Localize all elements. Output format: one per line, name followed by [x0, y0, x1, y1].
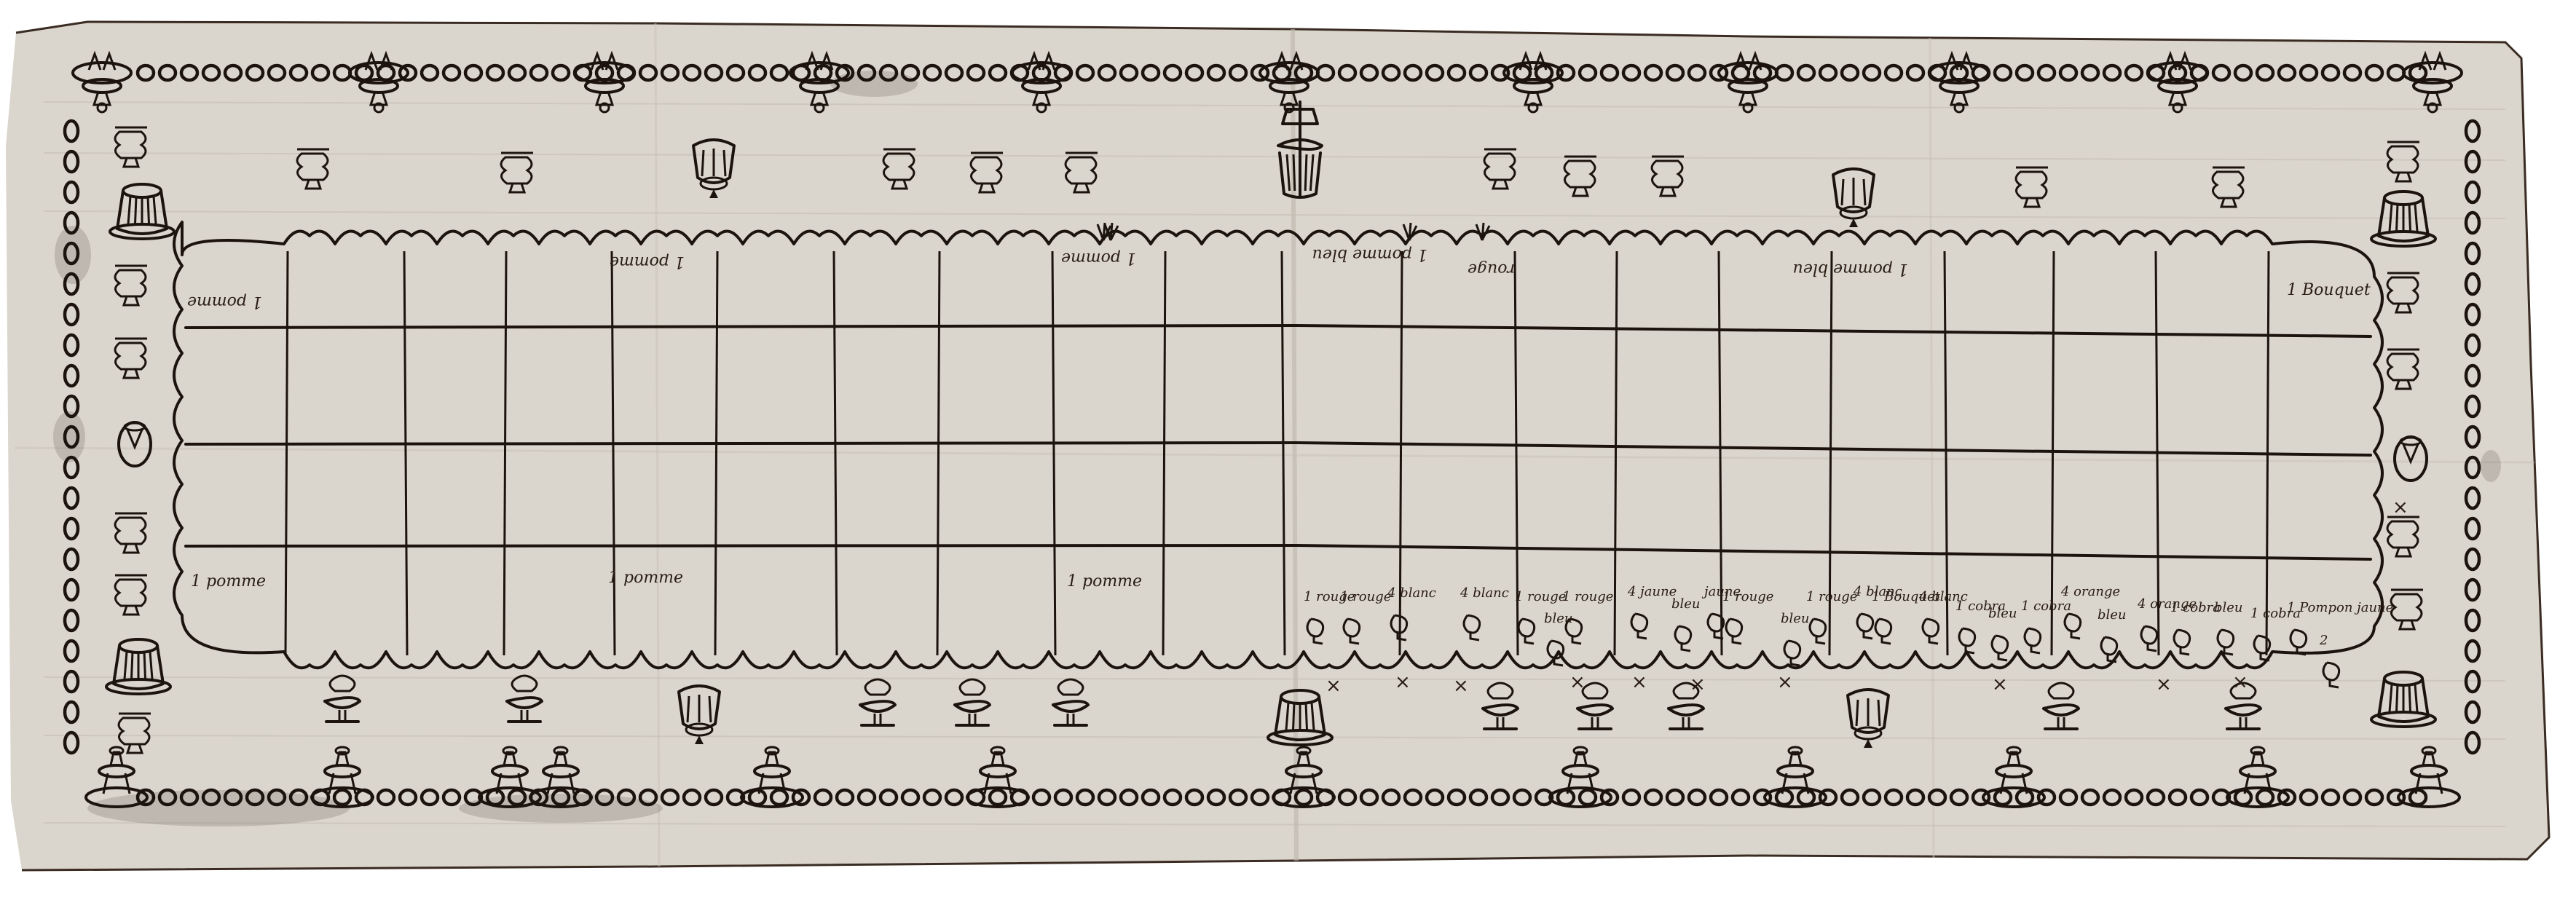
- dessert-note: 1 rouge: [1562, 589, 1613, 604]
- x-mark: ×: [1631, 671, 1647, 693]
- dessert-note: 1 rouge: [1515, 589, 1566, 604]
- dessert-note: 4 blanc: [1460, 585, 1509, 601]
- dessert-note: 1 Pompon jaune: [2287, 600, 2393, 615]
- dessert-note: 1 cobra: [2021, 599, 2071, 614]
- dessert-note: bleu: [2098, 607, 2127, 623]
- x-mark: ×: [1326, 675, 1342, 697]
- cell-label: 1 pomme bleu: [1793, 260, 1908, 278]
- cell-label: 1 pomme: [191, 572, 266, 591]
- dessert-note: 1 rouge: [1806, 589, 1857, 604]
- dessert-note: 1 rouge: [1722, 589, 1773, 604]
- cell-label: 1 pomme: [610, 253, 685, 271]
- cell-label: rouge: [1468, 260, 1515, 278]
- dessert-note: 1 rouge: [1340, 589, 1391, 604]
- dessert-note: 4 blanc: [1387, 585, 1436, 601]
- dessert-note: bleu: [1671, 596, 1701, 612]
- cell-label: 1 pomme: [608, 569, 683, 587]
- dessert-note: bleu: [1988, 606, 2017, 621]
- cell-label: 1 pomme: [1061, 249, 1136, 267]
- dessert-note: 1 cobra: [2170, 600, 2221, 615]
- dessert-note: 4 orange: [2060, 584, 2120, 599]
- dessert-note: 2: [2319, 633, 2328, 648]
- x-mark: ×: [2232, 671, 2248, 693]
- x-mark: ×: [1395, 671, 1411, 693]
- cell-label: 1 Bouquet: [2287, 281, 2371, 299]
- x-mark: ×: [1992, 674, 2008, 695]
- x-mark: ×: [1453, 675, 1469, 697]
- dessert-note: bleu: [1544, 611, 1573, 626]
- x-mark: ×: [2392, 497, 2408, 518]
- cell-label: 1 pomme bleu: [1312, 245, 1427, 264]
- x-mark: ×: [1777, 671, 1793, 693]
- dessert-note: bleu: [1781, 611, 1810, 626]
- x-mark: ×: [1569, 671, 1586, 693]
- x-mark: ×: [1690, 674, 1706, 695]
- cell-label: 1 pomme: [1067, 572, 1142, 591]
- cell-label: 1 pomme: [187, 293, 262, 311]
- x-mark: ×: [2156, 674, 2172, 695]
- dessert-note: 4 jaune: [1627, 584, 1677, 599]
- dessert-note: bleu: [2214, 600, 2243, 615]
- table-plan-sheet: 1 pomme1 pomme1 pomme1 pomme bleurouge1 …: [0, 0, 2576, 900]
